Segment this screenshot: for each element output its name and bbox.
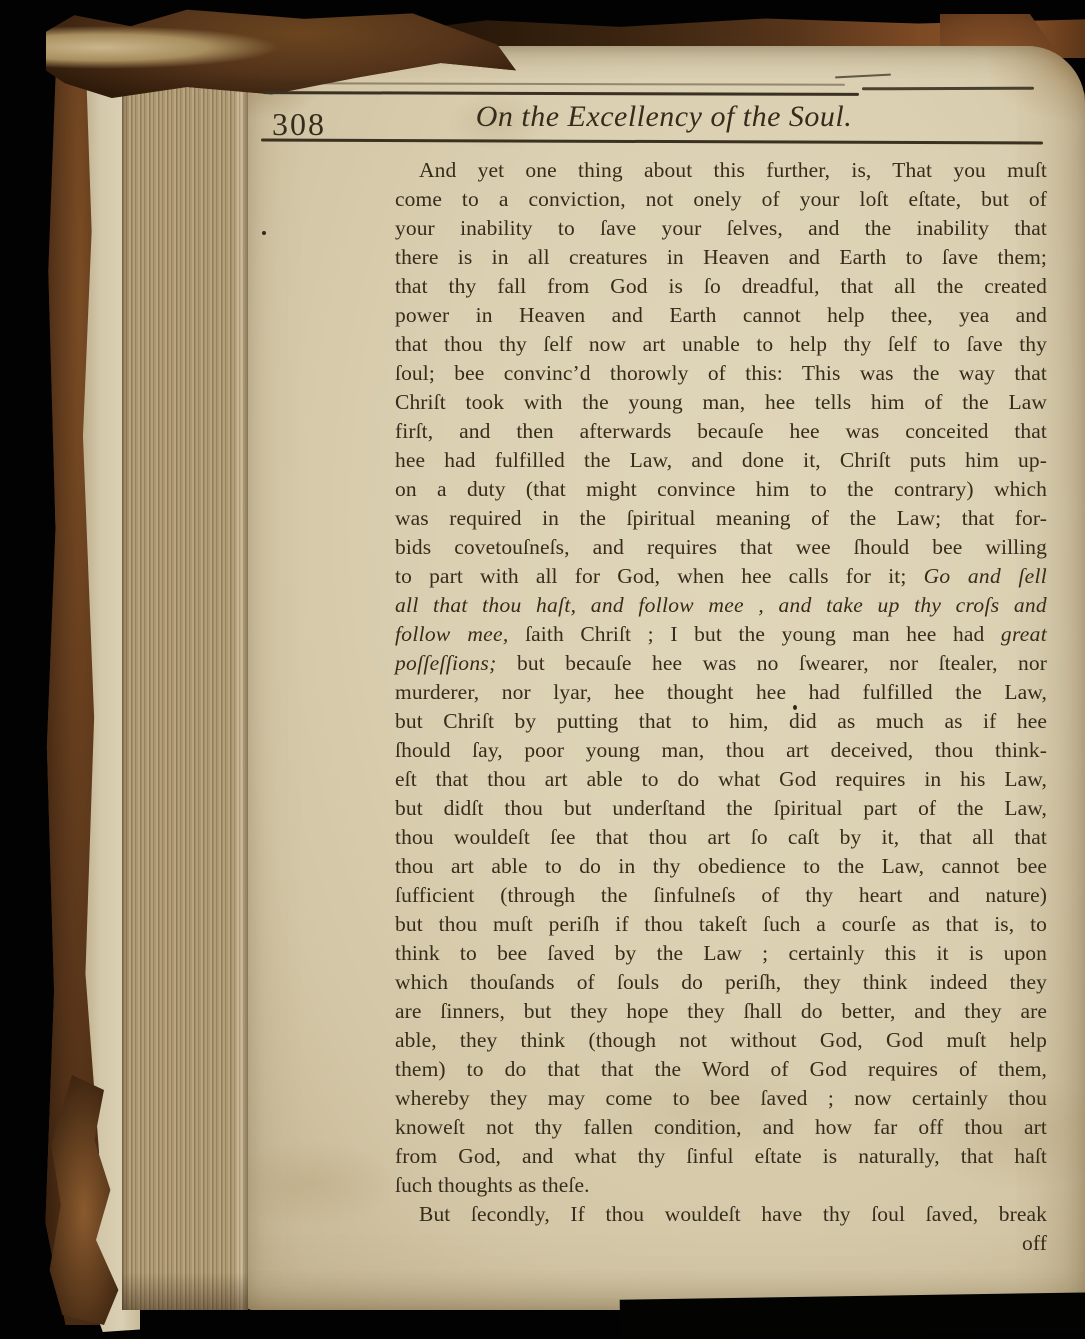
- text-line: on a duty (that might convince him to th…: [395, 475, 1047, 504]
- body-text: And yet one thing about this further, is…: [395, 156, 1047, 1258]
- text-line: But ſecondly, If thou wouldeſt have thy …: [395, 1200, 1047, 1229]
- text-line: but Chriſt by putting that to him, did a…: [395, 707, 1047, 736]
- text-line: firſt, and then afterwards becauſe hee w…: [395, 417, 1047, 446]
- text-line: come to a conviction, not onely of your …: [395, 185, 1047, 214]
- text-line: all that thou haſt, and follow mee , and…: [395, 591, 1047, 620]
- text-line: your inability to ſave your ſelves, and …: [395, 214, 1047, 243]
- text-line: bids covetouſneſs, and requires that wee…: [395, 533, 1047, 562]
- running-header: On the Excellency of the Soul.: [243, 100, 1085, 134]
- text-line: murderer, nor lyar, hee thought hee had …: [395, 678, 1047, 707]
- ink-speck: [793, 705, 797, 710]
- text-line: there is in all creatures in Heaven and …: [395, 243, 1047, 272]
- text-line: which thouſands of ſouls do periſh, they…: [395, 968, 1047, 997]
- ink-speck: [262, 231, 266, 235]
- text-line: from God, and what thy ſinful eſtate is …: [395, 1142, 1047, 1171]
- text-line: hee had fulfilled the Law, and done it, …: [395, 446, 1047, 475]
- text-line: Chriſt took with the young man, hee tell…: [395, 388, 1047, 417]
- text-line: follow mee, ſaith Chriſt ; I but the you…: [395, 620, 1047, 649]
- text-line: them) to do that that the Word of God re…: [395, 1055, 1047, 1084]
- text-line: but didſt thou but underſtand the ſpirit…: [395, 794, 1047, 823]
- text-line: poſſeſſions; but becauſe hee was no ſwea…: [395, 649, 1047, 678]
- text-line: whereby they may come to bee ſaved ; now…: [395, 1084, 1047, 1113]
- text-line: was required in the ſpiritual meaning of…: [395, 504, 1047, 533]
- text-line: power in Heaven and Earth cannot help th…: [395, 301, 1047, 330]
- text-line: that thy fall from God is ſo dreadful, t…: [395, 272, 1047, 301]
- header-rule-top-right-segment: [862, 87, 1034, 91]
- text-line: knoweſt not thy fallen condition, and ho…: [395, 1113, 1047, 1142]
- text-lines: And yet one thing about this further, is…: [395, 156, 1047, 1229]
- text-line: but thou muſt periſh if thou takeſt ſuch…: [395, 910, 1047, 939]
- text-line: ſuch thoughts as theſe.: [395, 1171, 1047, 1200]
- text-line: And yet one thing about this further, is…: [395, 156, 1047, 185]
- text-line: that thou thy ſelf now art unable to hel…: [395, 330, 1047, 359]
- text-line: ſhould ſay, poor young man, thou art dec…: [395, 736, 1047, 765]
- text-line: thou wouldeſt ſee that thou art ſo caſt …: [395, 823, 1047, 852]
- book-photo: 308 On the Excellency of the Soul. And y…: [0, 0, 1085, 1339]
- text-line: think to bee ſaved by the Law ; certainl…: [395, 939, 1047, 968]
- text-line: to part with all for God, when hee calls…: [395, 562, 1047, 591]
- page-bottom-shadow: [620, 1292, 1085, 1339]
- text-line: ſufficient (through the ſinfulneſs of th…: [395, 881, 1047, 910]
- catchword: off: [395, 1229, 1047, 1258]
- text-line: thou art able to do in thy obedience to …: [395, 852, 1047, 881]
- text-line: are ſinners, but they hope they ſhall do…: [395, 997, 1047, 1026]
- text-line: eſt that thou art able to do what God re…: [395, 765, 1047, 794]
- text-line: able, they think (though not without God…: [395, 1026, 1047, 1055]
- page-edge-stack: [122, 54, 248, 1310]
- text-line: ſoul; bee convinc’d thorowly of this: Th…: [395, 359, 1047, 388]
